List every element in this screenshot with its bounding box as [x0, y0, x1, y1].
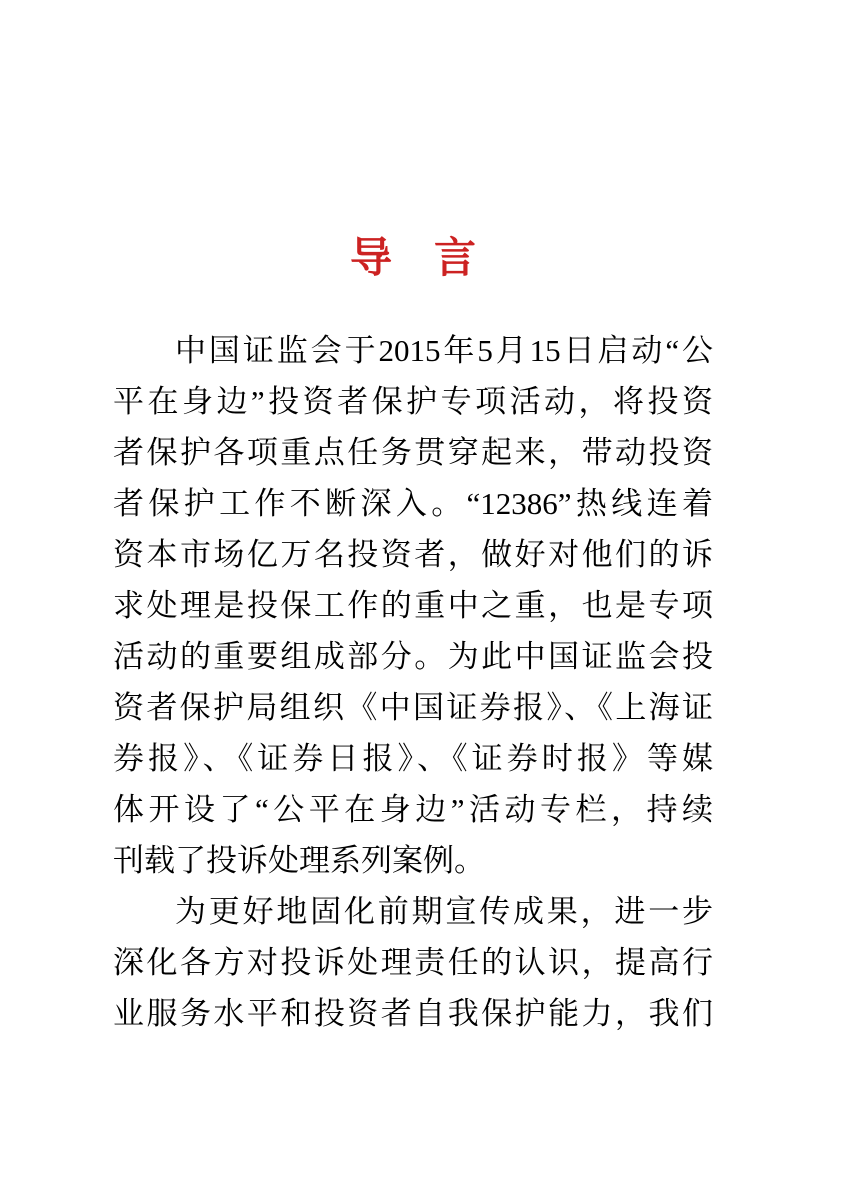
- body-text: 中国证监会于2015年5月15日启动“公 平在身边”投资者保护专项活动，将投资 …: [113, 325, 713, 1039]
- text-line: 求处理是投保工作的重中之重，也是专项: [113, 580, 713, 631]
- text-line: 者保护工作不断深入。“12386”热线连着: [113, 478, 713, 529]
- text-line: 者保护各项重点任务贯穿起来，带动投资: [113, 427, 713, 478]
- text-line: 券报》、《证券日报》、《证券时报》等媒: [113, 733, 713, 784]
- page-title: 导 言: [113, 233, 713, 285]
- text-line: 业服务水平和投资者自我保护能力，我们: [113, 988, 713, 1039]
- text-line: 平在身边”投资者保护专项活动，将投资: [113, 376, 713, 427]
- document-page: 导 言 中国证监会于2015年5月15日启动“公 平在身边”投资者保护专项活动，…: [0, 0, 851, 1189]
- text-line: 刊载了投诉处理系列案例。: [113, 835, 713, 886]
- text-line: 资者保护局组织《中国证券报》、《上海证: [113, 682, 713, 733]
- text-line: 体开设了“公平在身边”活动专栏，持续: [113, 784, 713, 835]
- text-line: 为更好地固化前期宣传成果，进一步: [113, 886, 713, 937]
- text-line: 活动的重要组成部分。为此中国证监会投: [113, 631, 713, 682]
- text-line: 深化各方对投诉处理责任的认识，提高行: [113, 937, 713, 988]
- text-line: 资本市场亿万名投资者，做好对他们的诉: [113, 529, 713, 580]
- text-line: 中国证监会于2015年5月15日启动“公: [113, 325, 713, 376]
